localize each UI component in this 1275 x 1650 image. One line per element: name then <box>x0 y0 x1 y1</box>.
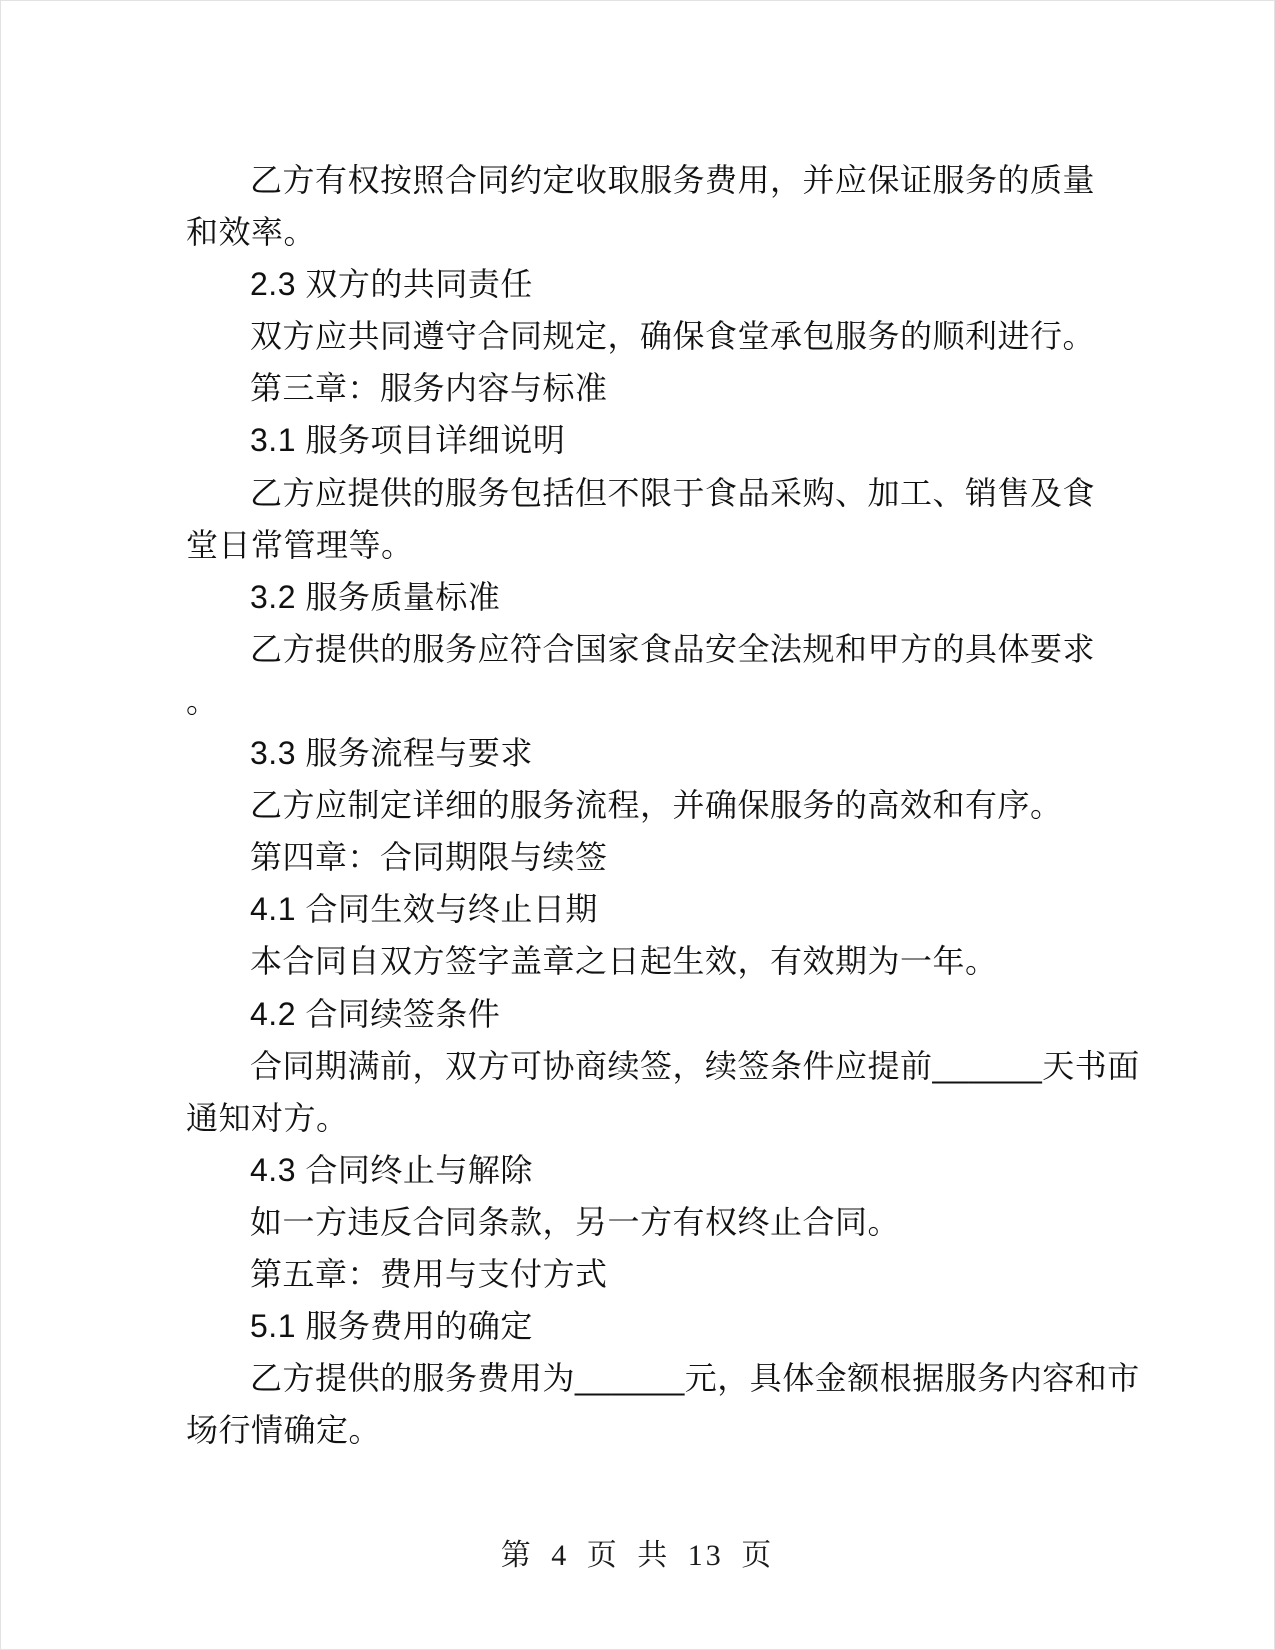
text-line: 乙方有权按照合同约定收取服务费用，并应保证服务的质量 <box>186 154 1146 206</box>
page-footer: 第 4 页 共 13 页 <box>0 1536 1275 1576</box>
document-page: 乙方有权按照合同约定收取服务费用，并应保证服务的质量 和效率。 2.3 双方的共… <box>0 0 1275 1650</box>
section-heading: 2.3 双方的共同责任 <box>186 258 1146 310</box>
text-line: 乙方提供的服务应符合国家食品安全法规和甲方的具体要求 <box>186 623 1146 675</box>
text-line: 场行情确定。 <box>186 1404 1146 1456</box>
text-line: 乙方应提供的服务包括但不限于食品采购、加工、销售及食 <box>186 467 1146 519</box>
section-heading: 4.3 合同终止与解除 <box>186 1144 1146 1196</box>
text-line: 。 <box>186 675 1146 727</box>
section-heading: 5.1 服务费用的确定 <box>186 1300 1146 1352</box>
section-heading: 4.1 合同生效与终止日期 <box>186 883 1146 935</box>
text-line: 双方应共同遵守合同规定，确保食堂承包服务的顺利进行。 <box>186 310 1146 362</box>
text-line: 如一方违反合同条款，另一方有权终止合同。 <box>186 1196 1146 1248</box>
text-line: 通知对方。 <box>186 1092 1146 1144</box>
text-line-with-blank: 乙方提供的服务费用为______元，具体金额根据服务内容和市 <box>186 1352 1146 1404</box>
section-heading: 3.2 服务质量标准 <box>186 571 1146 623</box>
section-heading: 3.1 服务项目详细说明 <box>186 414 1146 466</box>
section-heading: 3.3 服务流程与要求 <box>186 727 1146 779</box>
text-line: 和效率。 <box>186 206 1146 258</box>
chapter-heading: 第五章：费用与支付方式 <box>186 1248 1146 1300</box>
text-line-with-blank: 合同期满前，双方可协商续签，续签条件应提前______天书面 <box>186 1040 1146 1092</box>
text-line: 本合同自双方签字盖章之日起生效，有效期为一年。 <box>186 935 1146 987</box>
chapter-heading: 第四章：合同期限与续签 <box>186 831 1146 883</box>
text-line: 乙方应制定详细的服务流程，并确保服务的高效和有序。 <box>186 779 1146 831</box>
text-line: 堂日常管理等。 <box>186 519 1146 571</box>
section-heading: 4.2 合同续签条件 <box>186 988 1146 1040</box>
document-body: 乙方有权按照合同约定收取服务费用，并应保证服务的质量 和效率。 2.3 双方的共… <box>186 154 1146 1456</box>
chapter-heading: 第三章：服务内容与标准 <box>186 362 1146 414</box>
